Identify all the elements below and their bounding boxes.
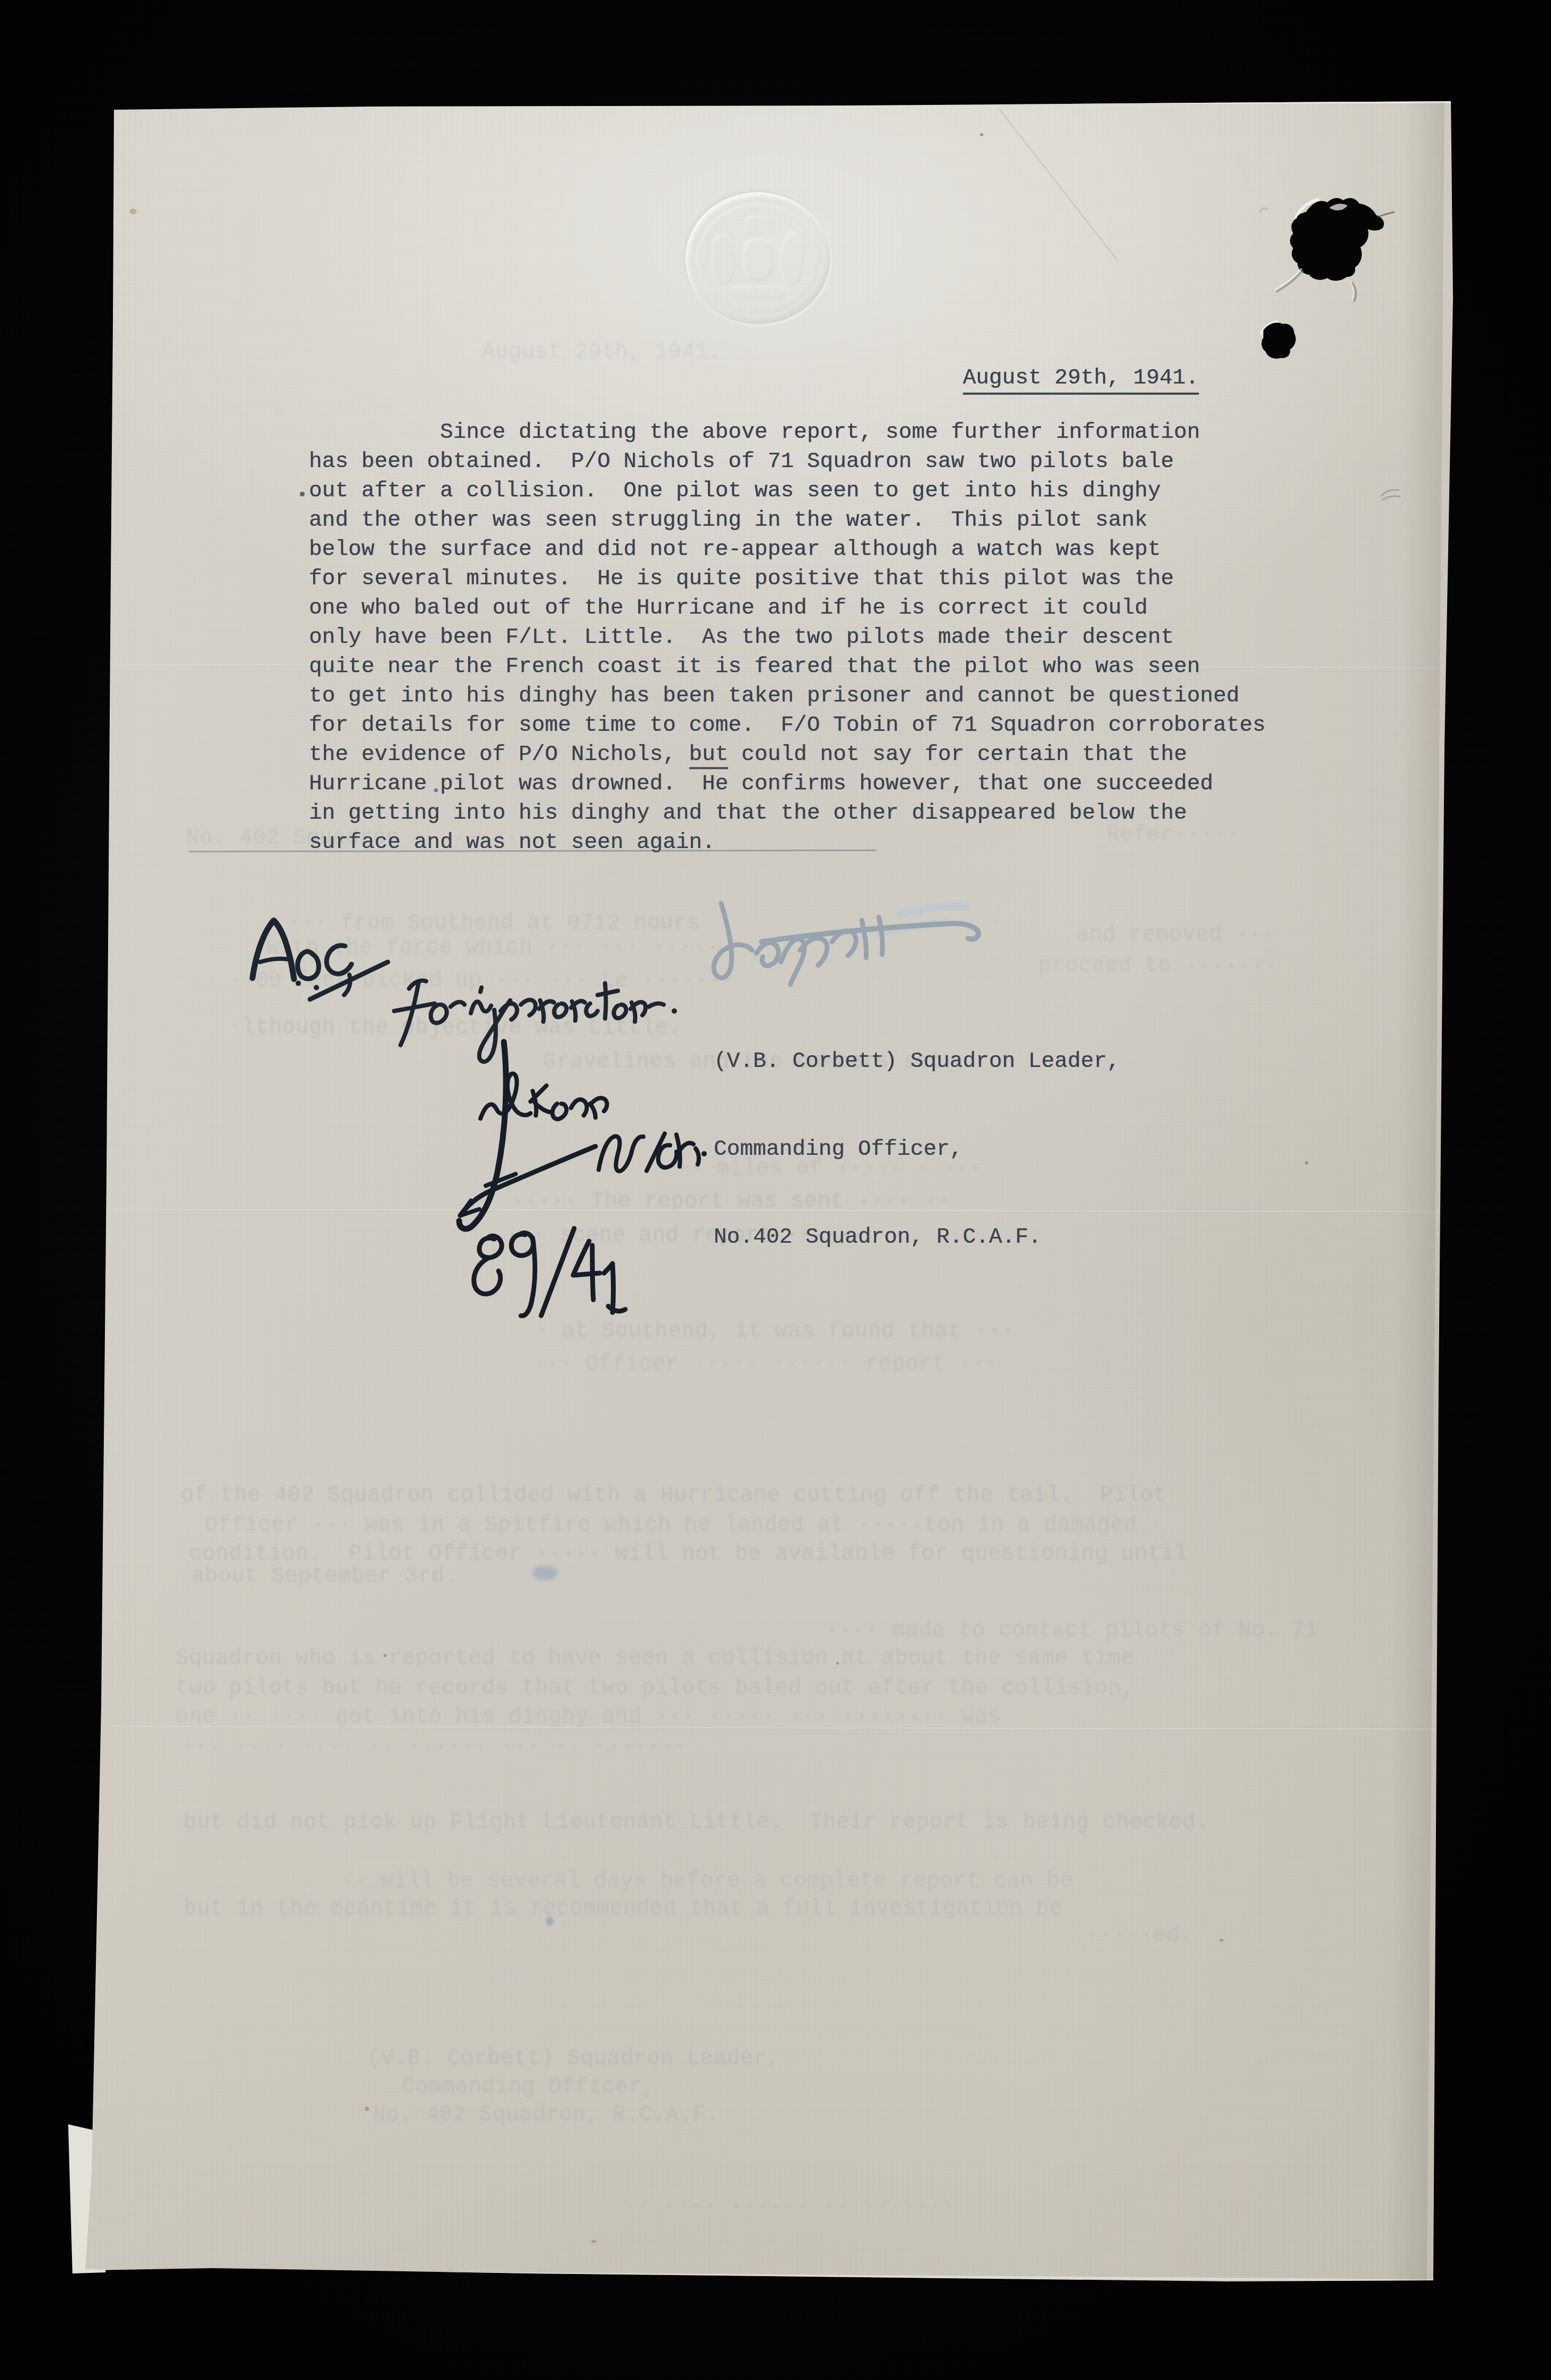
ghost-text-line: but did not pick up Flight Lieutenant Li… (184, 1811, 1209, 1836)
paper-edge-highlight-bottom (86, 2269, 1434, 2282)
ghost-text-line: but in the meantime it is recommended th… (184, 1897, 1063, 1922)
ghost-text-line: ··· Officer ····· ······ report ··· (533, 1352, 999, 1378)
ghost-text-line: Officer ··· was in a Spitfire which he l… (205, 1513, 1137, 1538)
diagonal-crease (998, 108, 1117, 260)
ghost-text-line: of the 402 Squadron collided with a Hurr… (181, 1484, 1166, 1509)
letter-body: Since dictating the above report, some f… (309, 418, 1266, 858)
paper-edge-shading-right (1386, 102, 1444, 2280)
ghost-text-line: about September 3rd. (192, 1564, 458, 1590)
paper-edge-highlight-top (114, 101, 1451, 106)
embossed-royal-seal (685, 192, 830, 324)
photo-background: August 29th, 1941.No. 402 Squadron ·····… (0, 0, 1551, 2380)
paper-edge-highlight-left (83, 108, 114, 2273)
letter-line: Since dictating the above report, some f… (309, 418, 1266, 447)
ghost-text-line: ··· ···· ···· ·· ······ ··· ·· ······· (181, 1736, 687, 1761)
ghost-text-line: one ·· ···· got into his dinghy and ··· … (176, 1705, 1001, 1730)
seal-shield-icon (743, 238, 773, 281)
ghost-text-line: No. 402 Squadron, R.C.A.F. (373, 2103, 719, 2128)
ghost-text-line: Squadron who is reported to have seen a … (176, 1647, 1134, 1672)
signatory-unit-line: No.402 Squadron, R.C.A.F. (714, 1223, 1120, 1252)
letter-line: below the surface and did not re-appear … (309, 535, 1266, 565)
letter-line: only have been F/Lt. Little. As the two … (309, 623, 1266, 653)
letter-line: to get into his dinghy has been taken pr… (309, 682, 1266, 711)
letter-line: and the other was seen struggling in the… (309, 506, 1266, 535)
letter-line: out after a collision. One pilot was see… (309, 477, 1266, 506)
ghost-text-line: ··· from Southend at 0712 hours (288, 911, 700, 936)
letter-line: one who baled out of the Hurricane and i… (309, 594, 1266, 623)
signatory-name-line: (V.B. Corbett) Squadron Leader, (714, 1047, 1120, 1077)
dust-speck (1220, 1939, 1223, 1942)
ghost-text-line: condition. Pilot Officer ····· will not … (189, 1542, 1188, 1567)
ghost-text-line: proceed to ······· (1039, 954, 1278, 979)
signature-block: (V.B. Corbett) Squadron Leader, Commandi… (714, 989, 1120, 1311)
ghost-text-line: ·····ed. (1087, 1923, 1193, 1949)
ghost-text-line: August 29th, 1941. (482, 340, 722, 365)
letter-line: quite near the French coast it is feared… (309, 653, 1266, 682)
date-line: August 29th, 1941. (884, 335, 1199, 422)
ghost-text-line: Commanding Officer, (402, 2075, 655, 2100)
ghost-text-line: (V.B. Corbett) Squadron Leader, (368, 2047, 780, 2072)
dust-speck (980, 133, 983, 136)
letter-line: the evidence of P/O Nichols, but could n… (309, 740, 1266, 770)
date-text: August 29th, 1941. (963, 366, 1199, 395)
ghost-text-line: ···· made to contact pilots of No. 71 (826, 1619, 1318, 1644)
ghost-text-line: ·lthough the objective was Little. (229, 1016, 682, 1041)
ghost-text-line: ··00 feet picked up ··· ··· Le ······· (229, 969, 735, 994)
paper-fleck (591, 2240, 597, 2243)
ghost-text-line: ·· ···· ······ ·· ······· (623, 2194, 956, 2219)
paper-fleck (129, 209, 137, 214)
ghost-text-line: with the force which ··· ··· ····· (266, 936, 719, 961)
ghost-text-line: two pilots but he records that two pilot… (176, 1676, 1134, 1701)
dust-speck (1305, 1161, 1308, 1164)
paper-fleck (365, 2107, 369, 2111)
ghost-text-line: ·· will be several days before a complet… (341, 1869, 1073, 1894)
letter-line: surface and was not seen again. (309, 828, 1266, 858)
ghost-text-line: · at Southend, it was found that ··· (535, 1319, 1015, 1344)
ink-smudge-blue (533, 1566, 557, 1580)
letter-line: Hurricane pilot was drowned. He confirms… (309, 770, 1266, 799)
seal-banner-icon (730, 286, 786, 298)
ghost-text-line: and removed ··· (1076, 923, 1276, 948)
signatory-title-line: Commanding Officer, (714, 1135, 1120, 1164)
underlined-word: but (689, 743, 729, 769)
ink-speck (300, 492, 305, 496)
seal-unicorn-icon (779, 232, 804, 285)
letter-line: for several minutes. He is quite positiv… (309, 565, 1266, 594)
letter-line: for details for some time to come. F/O T… (309, 711, 1266, 740)
seal-crown-icon (745, 216, 771, 234)
document-page: August 29th, 1941.No. 402 Squadron ·····… (0, 0, 1551, 2380)
letter-line: in getting into his dinghy and that the … (309, 799, 1266, 828)
letter-line: has been obtained. P/O Nichols of 71 Squ… (309, 447, 1266, 477)
